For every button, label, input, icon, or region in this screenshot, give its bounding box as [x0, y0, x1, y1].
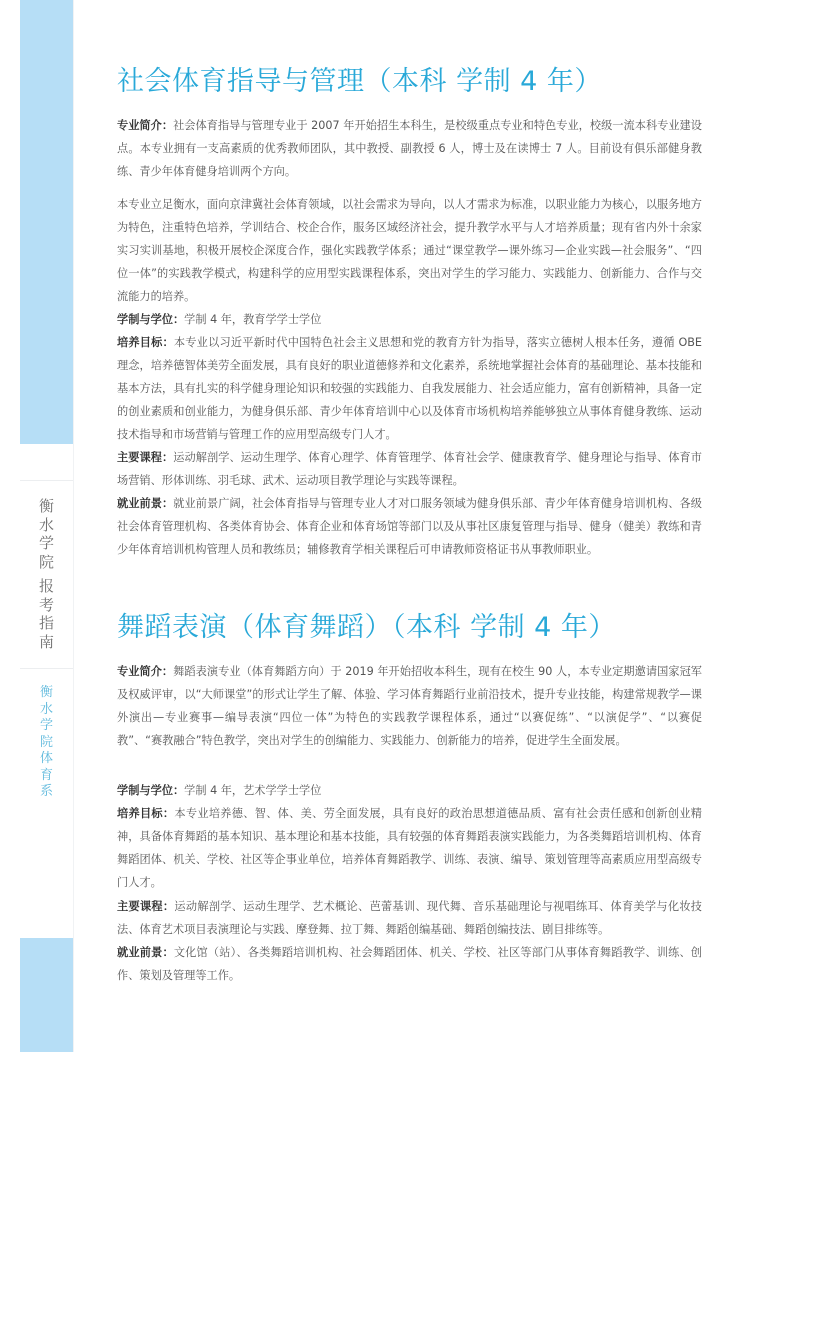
degree-paragraph: 学制与学位：学制 4 年，教育学学士学位: [117, 308, 702, 331]
para-text: 学制 4 年，艺术学学士学位: [184, 784, 321, 797]
objective-paragraph: 培养目标：本专业培养德、智、体、美、劳全面发展，具有良好的政治思想道德品质、富有…: [117, 802, 702, 894]
para-label: 专业简介：: [117, 119, 173, 132]
section-title-social-sports: 社会体育指导与管理（本科 学制 4 年）: [117, 66, 602, 98]
objective-paragraph: 培养目标：本专业以习近平新时代中国特色社会主义思想和党的教育方针为指导，落实立德…: [117, 331, 702, 446]
sidebar-guide-label: 衡 水 学 院 报 考 指 南: [20, 497, 73, 651]
para-text: 社会体育指导与管理专业于 2007 年开始招生本科生，是校级重点专业和特色专业，…: [117, 119, 702, 178]
para-label: 学制与学位：: [117, 784, 184, 797]
para-text: 舞蹈表演专业（体育舞蹈方向）于 2019 年开始招收本科生，现有在校生 90 人…: [117, 665, 702, 747]
intro-paragraph: 专业简介：社会体育指导与管理专业于 2007 年开始招生本科生，是校级重点专业和…: [117, 114, 702, 183]
description-paragraph: 本专业立足衡水，面向京津冀社会体育领域，以社会需求为导向，以人才需求为标准，以职…: [117, 193, 702, 308]
degree-paragraph: 学制与学位：学制 4 年，艺术学学士学位: [117, 779, 702, 802]
career-paragraph: 就业前景：就业前景广阔，社会体育指导与管理专业人才对口服务领域为健身俱乐部、青少…: [117, 492, 702, 561]
para-text: 运动解剖学、运动生理学、艺术概论、芭蕾基训、现代舞、音乐基础理论与视唱练耳、体育…: [117, 900, 702, 936]
para-label: 主要课程：: [117, 900, 174, 913]
para-text: 本专业培养德、智、体、美、劳全面发展，具有良好的政治思想道德品质、富有社会责任感…: [117, 807, 702, 889]
sidebar-accent-block-bottom: [20, 938, 73, 1052]
para-text: 本专业以习近平新时代中国特色社会主义思想和党的教育方针为指导，落实立德树人根本任…: [117, 336, 702, 441]
sidebar: 衡 水 学 院 报 考 指 南 衡 水 学 院 体 育 系: [20, 0, 74, 1052]
courses-paragraph: 主要课程：运动解剖学、运动生理学、体育心理学、体育管理学、体育社会学、健康教育学…: [117, 446, 702, 492]
para-label: 专业简介：: [117, 665, 173, 678]
para-label: 就业前景：: [117, 497, 173, 510]
para-label: 主要课程：: [117, 451, 173, 464]
sidebar-dept-label: 衡 水 学 院 体 育 系: [20, 685, 73, 801]
para-text: 学制 4 年，教育学学士学位: [184, 313, 321, 326]
para-text: 就业前景广阔，社会体育指导与管理专业人才对口服务领域为健身俱乐部、青少年体育健身…: [117, 497, 702, 556]
sidebar-divider: [20, 668, 73, 669]
intro-paragraph: 专业简介：舞蹈表演专业（体育舞蹈方向）于 2019 年开始招收本科生，现有在校生…: [117, 660, 702, 752]
para-text: 运动解剖学、运动生理学、体育心理学、体育管理学、体育社会学、健康教育学、健身理论…: [117, 451, 702, 487]
para-label: 学制与学位：: [117, 313, 184, 326]
courses-paragraph: 主要课程：运动解剖学、运动生理学、艺术概论、芭蕾基训、现代舞、音乐基础理论与视唱…: [117, 895, 702, 941]
para-label: 就业前景：: [117, 946, 174, 959]
para-label: 培养目标：: [117, 807, 174, 820]
para-text: 文化馆（站）、各类舞蹈培训机构、社会舞蹈团体、机关、学校、社区等部门从事体育舞蹈…: [117, 946, 702, 982]
para-label: 培养目标：: [117, 336, 174, 349]
career-paragraph: 就业前景：文化馆（站）、各类舞蹈培训机构、社会舞蹈团体、机关、学校、社区等部门从…: [117, 941, 702, 987]
section-title-dance: 舞蹈表演（体育舞蹈）（本科 学制 4 年）: [117, 612, 616, 644]
sidebar-divider: [20, 480, 73, 481]
para-text: 本专业立足衡水，面向京津冀社会体育领域，以社会需求为导向，以人才需求为标准，以职…: [117, 198, 702, 303]
sidebar-accent-block-top: [20, 0, 73, 444]
